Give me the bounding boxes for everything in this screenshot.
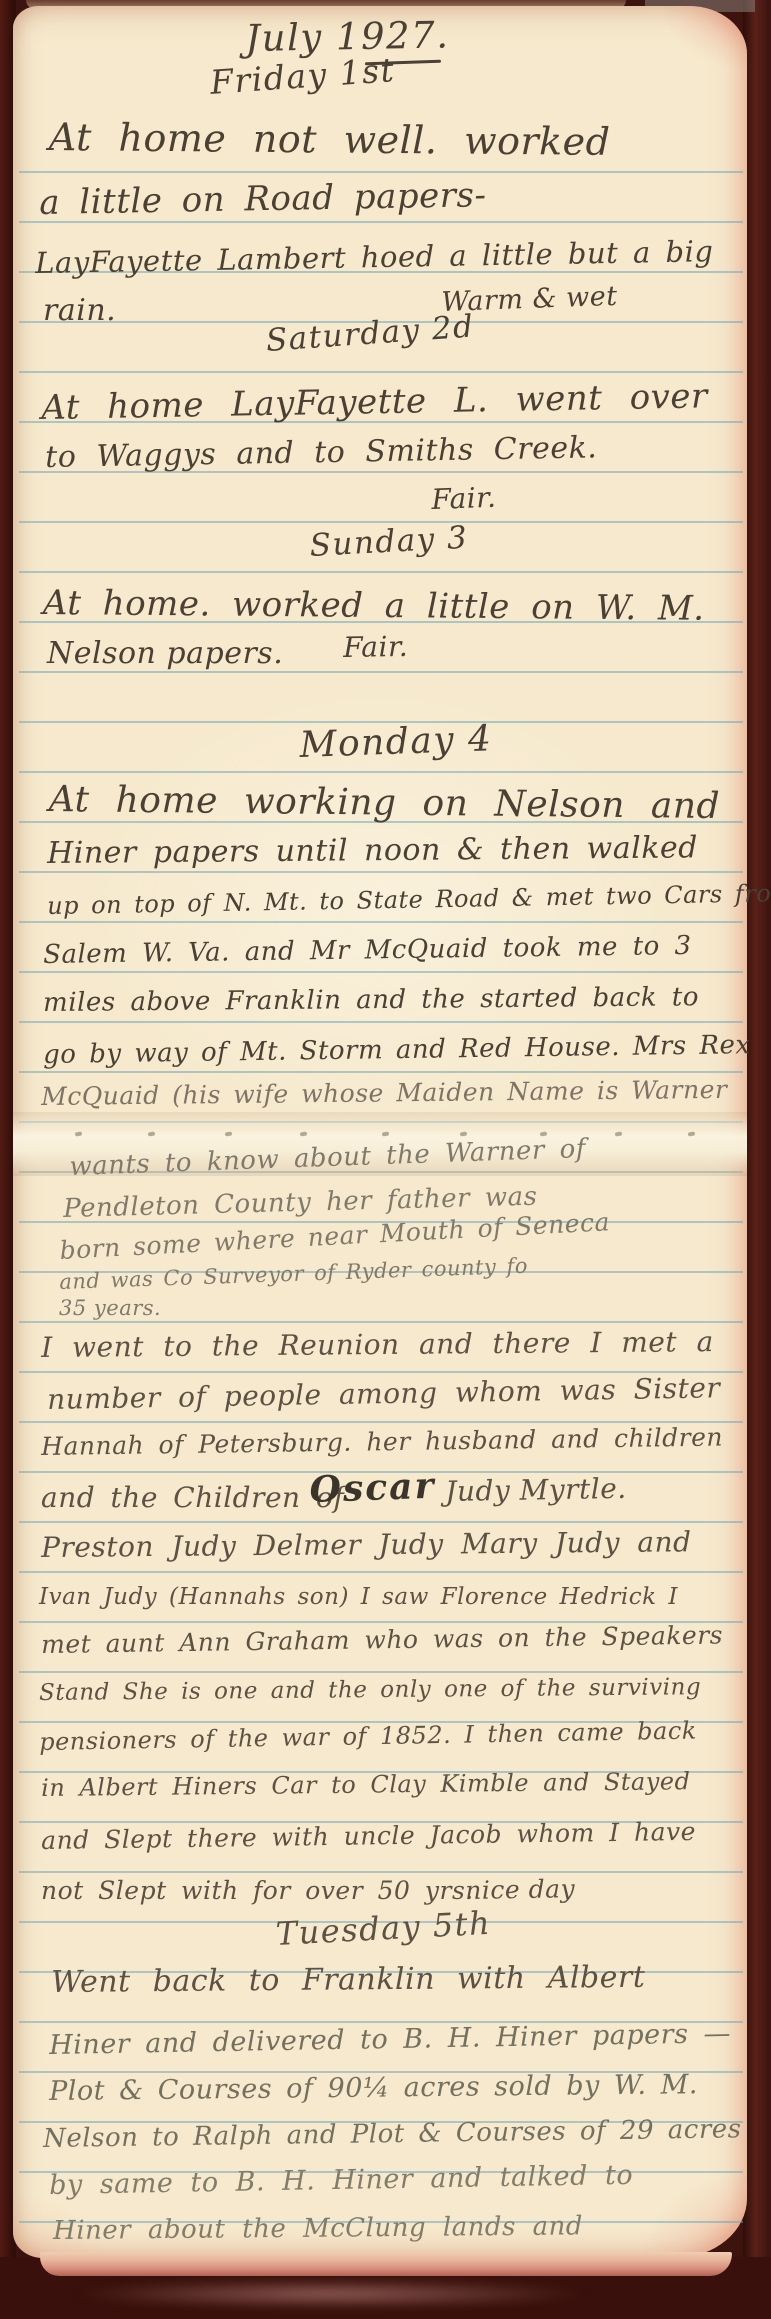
handwriting-line-emphasized: Oscar [309, 1468, 436, 1508]
stitch-mark [148, 1132, 155, 1137]
handwriting-line: in Albert Hiners Car to Clay Kimble and … [41, 1769, 691, 1800]
entry-heading-sunday-3: Sunday 3 [309, 523, 469, 562]
stitch-mark [460, 1132, 467, 1137]
weather-note: Fair. [431, 484, 497, 514]
book-cover-right [743, 0, 771, 2319]
handwriting-line: Preston Judy Delmer Judy Mary Judy and [41, 1528, 692, 1562]
handwriting-line: At home. worked a little on W. M. [43, 586, 705, 626]
handwriting-line: by same to B. H. Hiner and talked to [49, 2162, 633, 2199]
stitch-mark [688, 1132, 695, 1137]
handwriting-line: miles above Franklin and the started bac… [43, 984, 699, 1016]
handwriting-line: At home working on Nelson and [49, 782, 721, 825]
handwriting-line: a little on Road papers- [39, 178, 487, 220]
handwriting-line: number of people among whom was Sister [47, 1374, 721, 1414]
handwriting-line: rain. [43, 296, 116, 326]
handwriting-line: not Slept with for over 50 yrs. [41, 1878, 474, 1903]
handwriting-line: Hiner and delivered to B. H. Hiner paper… [49, 2020, 731, 2059]
handwriting-line: Judy Myrtle. [445, 1475, 627, 1506]
stitch-mark [75, 1132, 82, 1137]
entry-heading-tuesday-5: Tuesday 5th [275, 1907, 492, 1950]
page-edge-stack-bottom [40, 2252, 732, 2276]
stitch-mark [300, 1132, 307, 1137]
handwriting-line: McQuaid (his wife whose Maiden Name is W… [41, 1077, 727, 1109]
notebook-page: July 1927. Friday 1st At home not well. … [13, 6, 747, 2258]
month-title: July 1927. [245, 16, 450, 57]
handwriting-line: Plot & Courses of 90¼ acres sold by W. M… [49, 2071, 698, 2105]
handwriting-line: Nelson to Ralph and Plot & Courses of 29… [43, 2116, 742, 2152]
handwriting-line: Hiner papers until noon & then walked [47, 833, 698, 869]
handwriting-line: and the Children of [41, 1484, 344, 1512]
handwriting-line: 35 years. [59, 1298, 161, 1319]
stitch-mark [382, 1132, 389, 1137]
handwriting-line: At home not well. worked [49, 118, 611, 161]
weather-note: Fair. [343, 633, 408, 662]
handwriting-line: Went back to Franklin with Albert [51, 1963, 645, 1998]
entry-heading-monday-4: Monday 4 [299, 721, 493, 764]
handwriting-line: Hannah of Petersburg. her husband and ch… [41, 1424, 723, 1459]
entry-heading-saturday-2: Saturday 2d [265, 311, 475, 356]
handwriting-line: Salem W. Va. and Mr McQuaid took me to 3 [43, 933, 692, 968]
handwriting-line: and Slept there with uncle Jacob whom I … [41, 1819, 696, 1853]
diary-scan: July 1927. Friday 1st At home not well. … [0, 0, 771, 2319]
weather-note: nice day [465, 1876, 575, 1903]
entry-heading-friday-1: Friday 1st [209, 53, 396, 99]
handwriting-line: pensioners of the war of 1852. I then ca… [39, 1719, 697, 1754]
handwriting-line: Nelson papers. [47, 639, 283, 669]
handwriting-line: Stand She is one and the only one of the… [39, 1676, 701, 1705]
handwriting-line: LayFayette Lambert hoed a little but a b… [35, 237, 714, 278]
handwriting-line: met aunt Ann Graham who was on the Speak… [41, 1622, 723, 1657]
handwriting-line: go by way of Mt. Storm and Red House. Mr… [43, 1032, 751, 1068]
handwriting-line: up on top of N. Mt. to State Road & met … [47, 881, 771, 918]
page-edge-blur [70, 2280, 590, 2308]
handwriting-line: Hiner about the McClung lands and [53, 2213, 583, 2244]
handwriting-line: wants to know about the Warner of [69, 1136, 586, 1180]
handwriting-line: At home LayFayette L. went over [41, 379, 708, 425]
stitch-mark [225, 1132, 232, 1137]
handwriting-line: Ivan Judy (Hannahs son) I saw Florence H… [39, 1586, 678, 1609]
stitch-mark [615, 1132, 622, 1137]
handwriting-line: to Waggys and to Smiths Creek. [45, 433, 598, 473]
handwriting-line: I went to the Reunion and there I met a [41, 1328, 714, 1362]
